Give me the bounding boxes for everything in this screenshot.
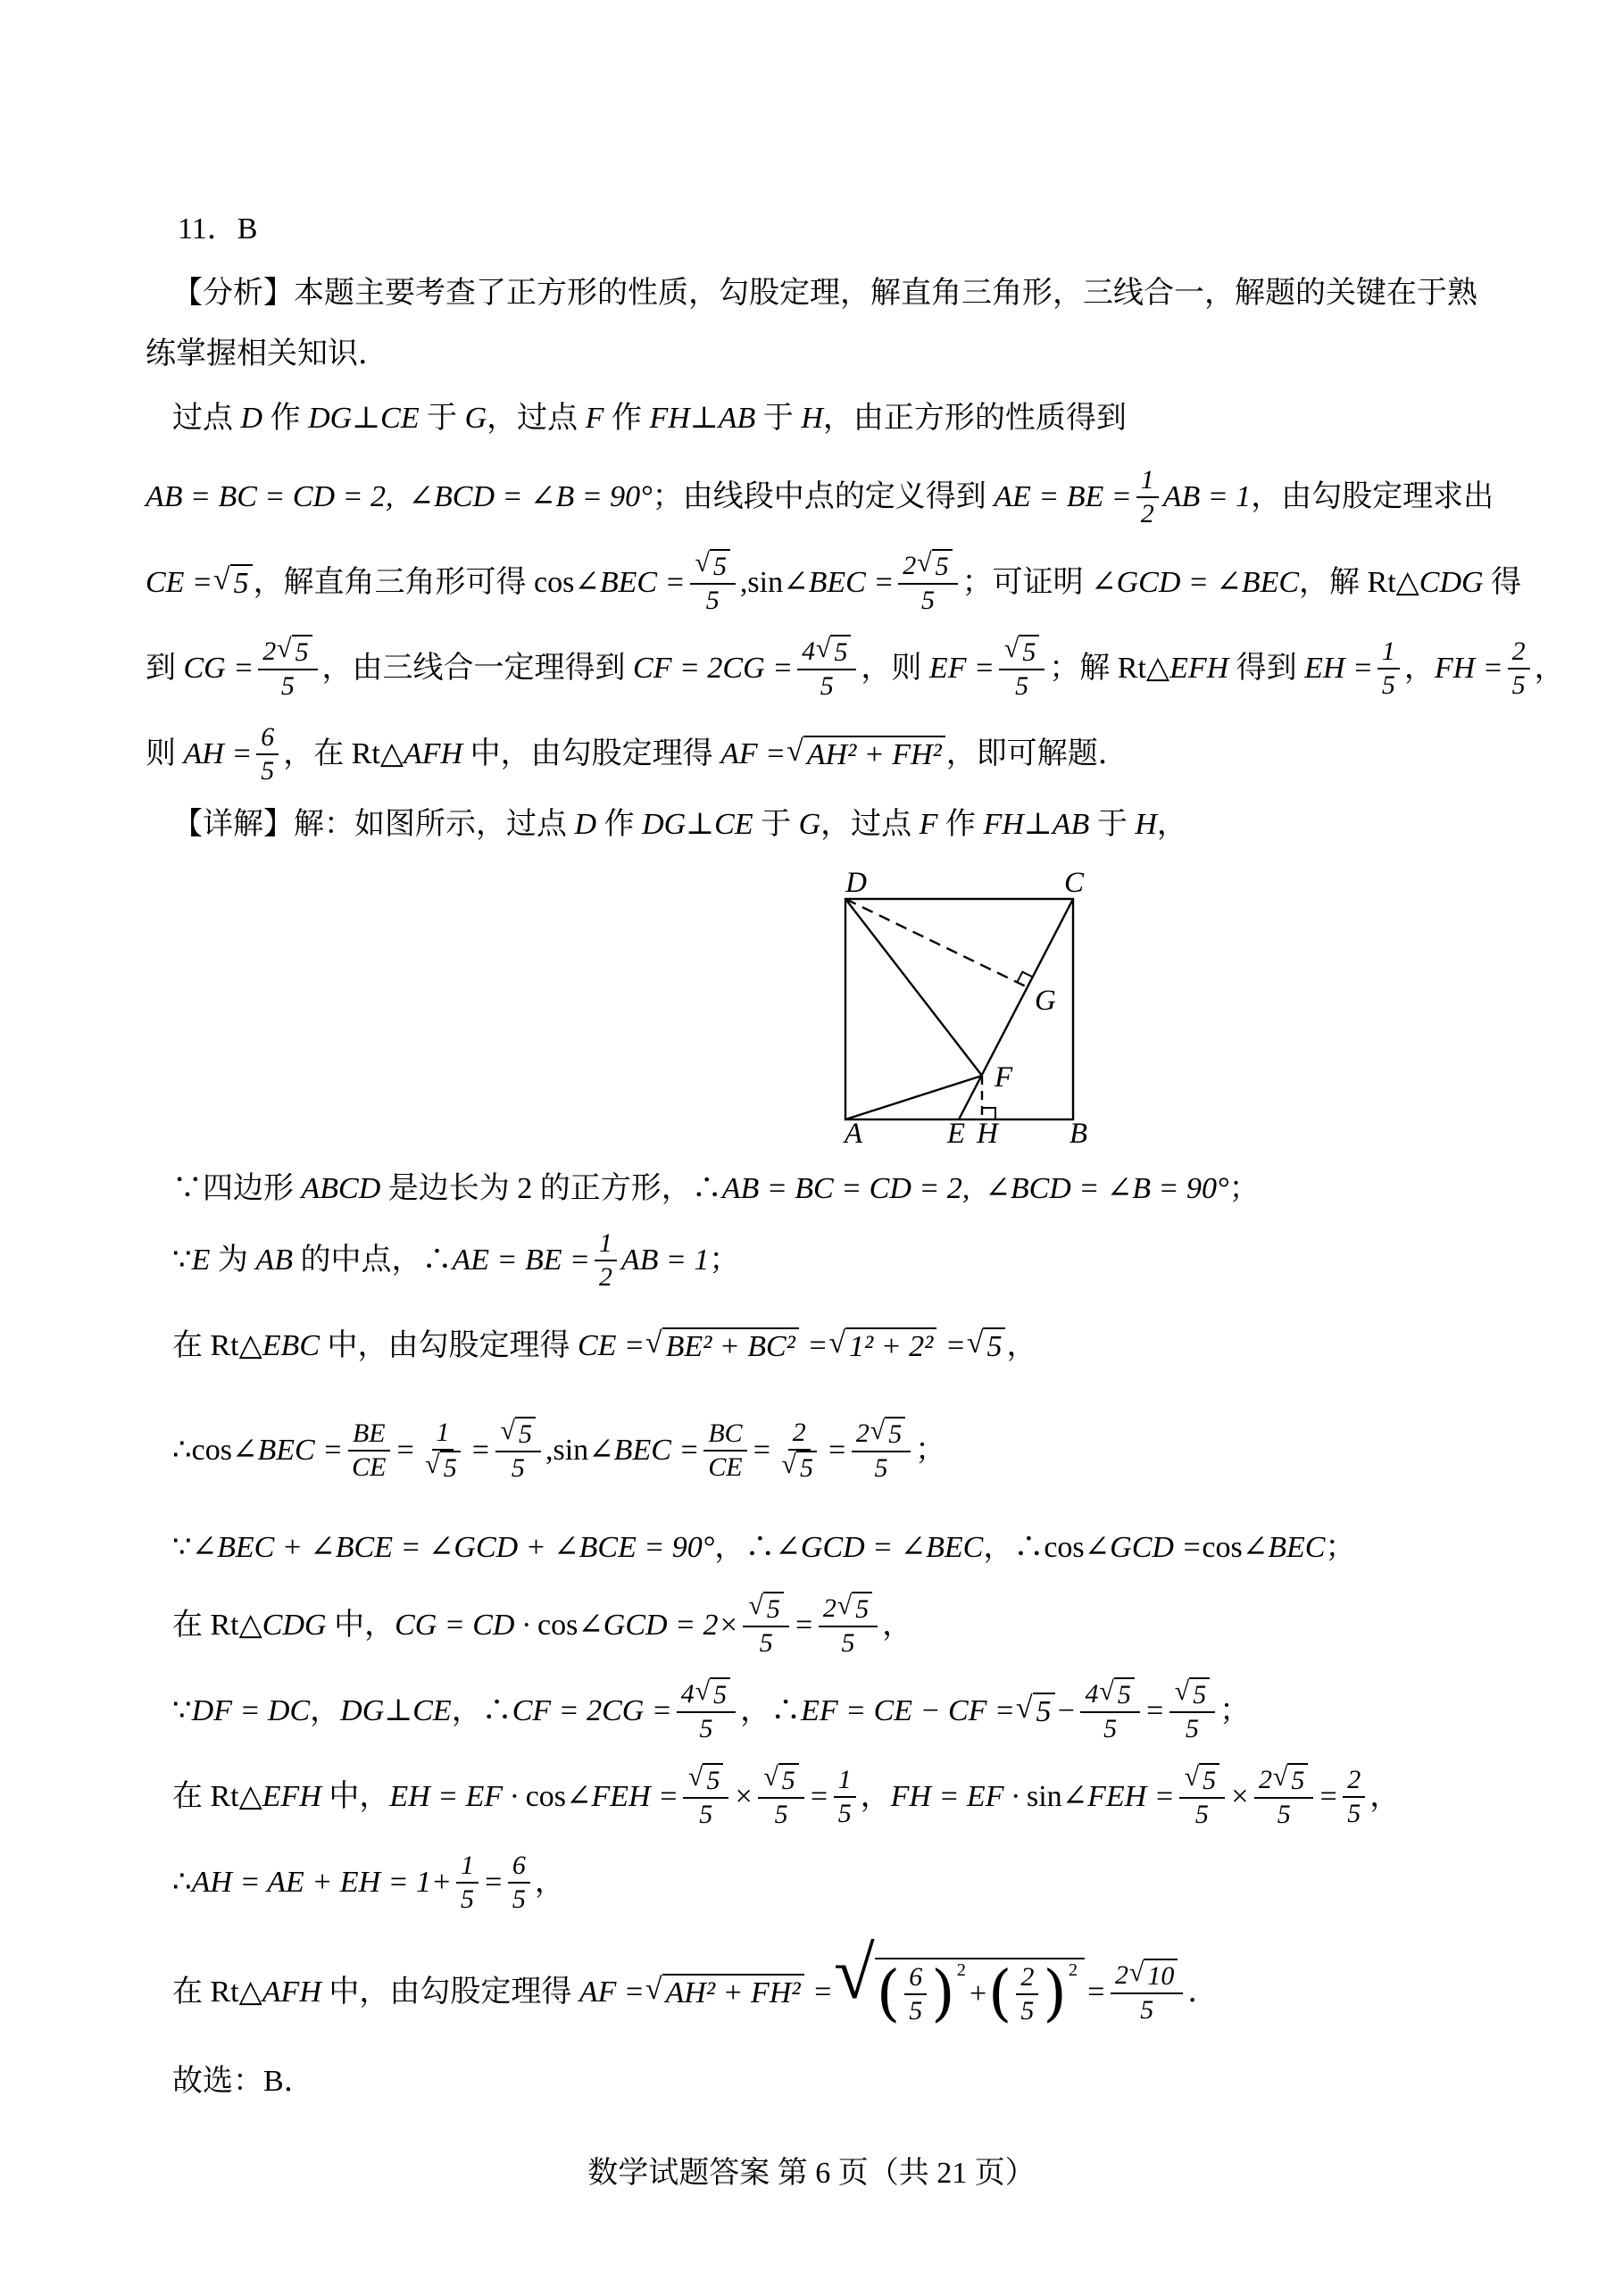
math-text: EH =: [1304, 648, 1373, 689]
numerator: 1: [432, 1417, 454, 1451]
math-text: 5: [1186, 1713, 1199, 1745]
math-text: CF = 2CG =: [633, 648, 793, 689]
sqrt: √5: [917, 549, 952, 583]
math-text: 2: [1141, 498, 1154, 530]
text: ，即可解题．: [946, 734, 1128, 775]
radicand: 5: [763, 1592, 784, 1626]
math-text: 6: [512, 1850, 526, 1882]
radicand: 5: [230, 564, 253, 603]
text: 则: [146, 734, 184, 775]
math-text: CE: [714, 804, 753, 845]
fraction: 2√55: [852, 1417, 911, 1485]
sqrt: √5: [695, 549, 730, 583]
numerator: 4√5: [797, 635, 856, 670]
text: 得到: [1228, 648, 1304, 689]
radicand: 5: [1033, 1693, 1055, 1731]
numerator: √5: [495, 1417, 541, 1452]
text: 作: [262, 398, 308, 439]
math-text: ∠BEC =: [574, 562, 685, 603]
math-text: ×: [733, 1776, 753, 1818]
fraction: √55: [690, 549, 736, 617]
math-text: ABCD: [302, 1169, 381, 1210]
text: 在 Rt△: [172, 1326, 262, 1367]
formula-line: 则 AH =65，在 Rt△AFH 中，由勾股定理得 AF =√AH² + FH…: [146, 711, 1578, 797]
numerator: 1: [1136, 464, 1159, 498]
math-text: 5: [512, 1452, 525, 1485]
math-text: BE² + BC²: [666, 1329, 795, 1366]
big-paren: ): [931, 1968, 955, 2020]
math-text: FH: [649, 398, 689, 439]
math-text: G: [465, 398, 487, 439]
text: 于: [1089, 804, 1135, 845]
math-text: =: [805, 1972, 833, 2013]
text: cos: [526, 1776, 566, 1818]
math-text: 5: [1036, 1694, 1052, 1731]
math-text: 5: [519, 1418, 532, 1451]
text: 到: [146, 648, 184, 689]
math-text: BE: [353, 1418, 386, 1450]
text: 得: [1484, 562, 1522, 603]
text: 中，: [321, 1776, 390, 1818]
formula-line: 在 Rt△EFH 中，EH = EF · cos∠FEH =√55×√55=15…: [146, 1754, 1578, 1840]
numerator: 4√5: [677, 1677, 736, 1713]
math-text: 5: [1140, 1994, 1153, 2026]
math-text: ×: [1229, 1776, 1250, 1818]
text: ∵: [172, 1240, 192, 1281]
answer-line: 11．B: [146, 209, 1578, 250]
vertex-label-B: B: [1070, 1118, 1087, 1150]
math-text: 5: [1103, 1713, 1117, 1745]
denominator: 5: [1099, 1713, 1121, 1745]
text: 【分析】本题主要考查了正方形的性质，勾股定理，解直角三角形，三线合一，解题的关键…: [172, 273, 1477, 314]
text: 中，: [327, 1605, 395, 1646]
math-text: DG: [642, 804, 686, 845]
point-label-G: G: [1035, 985, 1056, 1017]
fraction: 15: [456, 1850, 479, 1916]
math-text: 5: [234, 566, 249, 603]
math-text: 2: [1115, 1959, 1128, 1992]
radicand: 5: [778, 1763, 799, 1797]
math-text: 1: [1141, 464, 1154, 496]
radicand: 5: [830, 635, 851, 669]
math-text: 5: [909, 1995, 922, 2027]
math-text: =: [1086, 1972, 1106, 2013]
radicand: 5: [1199, 1763, 1219, 1797]
numerator: 1: [1377, 636, 1400, 670]
text: 为: [210, 1240, 255, 1281]
denominator: 2: [595, 1261, 617, 1294]
radical-sign: √: [782, 1451, 796, 1478]
math-text: 4: [1085, 1678, 1098, 1710]
math-text: CF = 2CG =: [512, 1691, 672, 1732]
fraction: 4√55: [797, 635, 856, 703]
text: ，: [1369, 1776, 1400, 1818]
text: ；: [1229, 1169, 1260, 1210]
math-text: AB = BC = CD = 2,: [146, 477, 394, 518]
math-text: ∠GCD =: [1085, 1527, 1203, 1568]
sqrt: √5: [816, 635, 851, 669]
math-text: 10: [1147, 1960, 1174, 1992]
radical-sign: √: [645, 1974, 662, 2006]
superscript: 2: [1069, 1961, 1078, 1979]
numerator: √5: [758, 1763, 803, 1799]
numerator: 2: [1508, 636, 1530, 670]
math-text: 2: [793, 1417, 806, 1449]
radical-sign: √: [787, 736, 803, 768]
math-text: FH: [983, 804, 1023, 845]
solution-content: 11．B 【分析】本题主要考查了正方形的性质，勾股定理，解直角三角形，三线合一，…: [0, 0, 1623, 2102]
radicand: 5: [852, 1592, 872, 1626]
math-text: 2: [856, 1418, 870, 1450]
page-footer: 数学试题答案 第 6 页（共 21 页）: [0, 2148, 1623, 2192]
fraction: 2√105: [1111, 1959, 1183, 2026]
math-text: CG =: [184, 648, 254, 689]
math-text: ∠GCD = ∠BEC: [775, 1527, 983, 1568]
math-text: EBC: [262, 1326, 320, 1367]
sqrt: √AH² + FH²: [645, 1974, 804, 2012]
text: ，由勾股定理求出: [1251, 477, 1494, 518]
math-text: 5: [512, 1884, 526, 1916]
denominator: 5: [1377, 670, 1400, 702]
text: ⊥: [1024, 804, 1053, 845]
math-text: AB: [719, 398, 756, 439]
denominator: 5: [1016, 1995, 1038, 2027]
detail-line: ∵四边形 ABCD 是边长为 2 的正方形，∴AB = BC = CD = 2,…: [146, 1169, 1578, 1210]
math-text: =: [1318, 1776, 1338, 1818]
denominator: 5: [695, 1713, 717, 1745]
radical-sign: √: [277, 635, 291, 662]
radicand: 1² + 2²: [845, 1327, 936, 1366]
math-text: AFH: [262, 1972, 321, 2013]
fraction: √55: [743, 1592, 788, 1660]
numerator: √5: [1179, 1763, 1225, 1799]
denominator: 5: [1343, 1798, 1365, 1830]
radical-sign: √: [1004, 635, 1019, 662]
analysis-line: 过点 D 作 DG⊥CE 于 G，过点 F 作 FH⊥AB 于 H，由正方形的性…: [146, 398, 1578, 439]
math-text: 5: [295, 636, 309, 669]
math-text: =: [800, 1326, 828, 1367]
math-text: 5: [1022, 636, 1036, 669]
math-text: AH =: [184, 734, 253, 775]
radical-sign: √: [763, 1763, 778, 1791]
sqrt: √5: [1016, 1693, 1055, 1731]
math-text: AB = BC = CD = 2,: [722, 1169, 970, 1210]
numerator: BE: [348, 1418, 390, 1452]
math-text: CE =: [578, 1326, 645, 1367]
radicand: 5: [932, 549, 953, 583]
sqrt: √5: [501, 1417, 536, 1451]
numerator: 2√5: [258, 635, 317, 670]
text: 中，由勾股定理得: [320, 1326, 578, 1367]
math-text: 5: [1278, 1799, 1291, 1831]
math-text: =: [827, 1430, 847, 1471]
point-label-F: F: [994, 1061, 1013, 1094]
text: ，由三线合一定理得到: [322, 648, 634, 689]
radical-sign: √: [1185, 1763, 1199, 1791]
denominator: CE: [347, 1452, 390, 1484]
math-text: 6: [909, 1961, 922, 1993]
math-text: 2: [1347, 1764, 1361, 1796]
math-text: 5: [1193, 1679, 1206, 1711]
denominator: 5: [870, 1452, 893, 1485]
math-text: DG: [308, 398, 352, 439]
math-text: AB = 1: [621, 1240, 709, 1281]
radicand: 5: [292, 635, 312, 669]
numerator: √5: [743, 1592, 788, 1627]
math-text: ∠BEC =: [783, 562, 894, 603]
denominator: 5: [508, 1884, 530, 1916]
formula-line: CE =√5，解直角三角形可得 cos∠BEC =√55,sin∠BEC =2√…: [146, 540, 1578, 626]
denominator: 5: [770, 1799, 793, 1831]
sqrt: √AH² + FH²: [787, 736, 945, 774]
denominator: 5: [456, 1884, 479, 1916]
math-text: AB = 1: [1163, 477, 1251, 518]
text: ，∴: [714, 1527, 775, 1568]
math-text: FH =: [1435, 648, 1503, 689]
radicand: BE² + BC²: [662, 1327, 799, 1366]
math-text: =: [1144, 1691, 1165, 1732]
fraction: 65: [256, 721, 279, 787]
text: ⊥: [384, 1691, 412, 1732]
sqrt: √BE² + BC²: [645, 1327, 799, 1366]
math-text: 5: [706, 1765, 720, 1797]
math-text: 1² + 2²: [849, 1329, 933, 1366]
math-text: 5: [713, 1679, 727, 1711]
sqrt: √(65)2+(25)2: [834, 1958, 1085, 2027]
math-text: 6: [261, 721, 274, 753]
sqrt: √5: [1099, 1677, 1134, 1711]
fraction: 2√55: [898, 549, 957, 617]
radical-sign: √: [501, 1417, 515, 1444]
radicand: AH² + FH²: [662, 1974, 804, 2012]
math-text: 1: [437, 1417, 450, 1449]
text: ∵: [172, 1691, 192, 1732]
radical-sign: √: [1099, 1677, 1113, 1705]
math-text: 5: [855, 1593, 869, 1626]
text: ⊥: [690, 398, 719, 439]
sqrt: √1² + 2²: [828, 1327, 936, 1366]
math-text: 5: [800, 1452, 813, 1485]
fraction: 1√5: [420, 1417, 465, 1485]
radicand: 5: [710, 549, 730, 583]
math-text: BC: [708, 1418, 742, 1450]
text: cos: [1202, 1527, 1242, 1568]
math-text: ∠FEH =: [1062, 1776, 1175, 1818]
numerator: 2√10: [1111, 1959, 1183, 1994]
denominator: 5: [1508, 670, 1530, 702]
text: 作: [596, 804, 642, 845]
radical-sign: √: [917, 549, 931, 577]
fraction: 4√55: [1080, 1677, 1139, 1745]
sqrt: √5: [688, 1763, 723, 1797]
math-text: CDG: [262, 1605, 327, 1646]
math-text: 5: [1015, 670, 1028, 703]
formula-line: ∵∠BEC + ∠BCE = ∠GCD + ∠BCE = 90°，∴∠GCD =…: [146, 1527, 1578, 1568]
math-text: F: [920, 804, 938, 845]
radical-sign: √: [870, 1417, 885, 1444]
numerator: √5: [690, 549, 736, 585]
formula-line: ∴cos∠BEC =BECE=1√5=√55,sin∠BEC =BCCE=2√5…: [146, 1408, 1578, 1493]
sqrt: √5: [967, 1327, 1006, 1366]
text: ⊥: [686, 804, 714, 845]
denominator: 5: [755, 1627, 778, 1660]
math-text: 2: [1020, 1961, 1034, 1993]
square-diagram: D C A B E H F G: [810, 865, 1131, 1160]
text: [970, 1169, 985, 1210]
text: ，: [535, 1862, 565, 1903]
text: ，在 Rt△: [283, 734, 404, 775]
text: ；: [915, 1430, 945, 1471]
math-text: 4: [802, 636, 815, 668]
math-text: H: [1135, 804, 1157, 845]
text: 于: [753, 804, 799, 845]
fraction: √55: [758, 1763, 803, 1831]
math-text: FH = EF ·: [891, 1776, 1027, 1818]
sqrt: √5: [1273, 1763, 1308, 1797]
math-text: 5: [767, 1593, 780, 1626]
denominator: 5: [1181, 1713, 1203, 1745]
math-text: 5: [281, 670, 295, 703]
math-text: +: [968, 1976, 988, 2013]
sqrt: √5: [763, 1763, 798, 1797]
radical-sign: √: [645, 1327, 662, 1360]
math-text: 5: [842, 1627, 855, 1660]
fraction: 25: [1508, 636, 1530, 702]
text: ；: [1325, 1527, 1355, 1568]
sqrt: √5: [277, 635, 312, 669]
point-label-H: H: [976, 1118, 1000, 1150]
formula-line: 在 Rt△CDG 中，CG = CD · cos∠GCD = 2×√55=2√5…: [146, 1583, 1578, 1668]
fraction: √55: [1169, 1677, 1215, 1745]
denominator: √5: [777, 1451, 822, 1485]
math-text: AF =: [720, 734, 786, 775]
text: cos: [537, 1605, 578, 1646]
radical-sign: √: [828, 1327, 845, 1360]
fraction: 15: [1377, 636, 1400, 702]
math-text: =: [794, 1605, 814, 1646]
math-text: CG = CD ·: [395, 1605, 537, 1646]
math-text: AE = BE =: [994, 477, 1131, 518]
math-text: 5: [775, 1799, 788, 1831]
math-text: 2: [262, 636, 276, 668]
fraction: √55: [683, 1763, 728, 1831]
text: ，: [882, 1605, 912, 1646]
fraction: BECE: [347, 1418, 390, 1484]
denominator: 5: [1136, 1994, 1158, 2026]
math-text: =: [483, 1862, 504, 1903]
math-text: =: [809, 1776, 829, 1818]
math-text: 5: [1118, 1679, 1131, 1711]
denominator: √5: [420, 1451, 465, 1485]
math-text: ∠BCD = ∠B = 90°: [409, 477, 653, 518]
math-text: 5: [834, 636, 847, 669]
fraction: 2√55: [819, 1592, 878, 1660]
numerator: √5: [999, 635, 1045, 670]
radicand: AH² + FH²: [803, 736, 945, 774]
text: 中，由勾股定理得: [462, 734, 720, 775]
text: ；解 Rt△: [1049, 648, 1169, 689]
vertex-label-D: D: [845, 867, 867, 899]
math-text: 5: [782, 1765, 795, 1797]
denominator: 5: [256, 755, 279, 787]
fraction: √55: [999, 635, 1045, 703]
text: ∵: [172, 1527, 192, 1568]
numerator: 2√5: [1254, 1763, 1313, 1799]
math-text: EFH: [262, 1776, 321, 1818]
denominator: 5: [917, 585, 939, 617]
math-text: CE: [412, 1691, 451, 1732]
text: ，: [1404, 648, 1435, 689]
radical-sign: √: [967, 1327, 984, 1360]
text: ，∴: [452, 1691, 512, 1732]
denominator: 5: [507, 1452, 529, 1485]
radicand: 5: [1287, 1763, 1308, 1797]
math-text: 5: [760, 1627, 773, 1660]
numerator: √5: [1169, 1677, 1215, 1713]
math-text: ∠GCD = 2×: [578, 1605, 738, 1646]
math-text: AFH: [404, 734, 462, 775]
text: ；由线段中点的定义得到: [653, 477, 995, 518]
radicand: 5: [703, 1763, 723, 1797]
math-text: ∠BEC =: [588, 1430, 699, 1471]
math-text: ∠FEH =: [566, 1776, 678, 1818]
vertex-label-A: A: [843, 1118, 863, 1150]
big-paren: (: [877, 1968, 901, 2020]
math-text: 5: [1203, 1765, 1216, 1797]
text: 于: [420, 398, 465, 439]
math-text: AH = AE + EH = 1+: [192, 1862, 452, 1903]
segment-DF: [845, 899, 982, 1076]
text: ∴cos: [172, 1430, 232, 1471]
radical-sign: √: [688, 1763, 703, 1791]
sqrt: √5: [1004, 635, 1039, 669]
radicand: 5: [1114, 1677, 1135, 1711]
text: ，由正方形的性质得到: [823, 398, 1127, 439]
math-text: −: [1056, 1691, 1077, 1732]
math-text: 2: [1512, 636, 1526, 668]
math-text: 1: [461, 1850, 474, 1882]
radical-sign: √: [837, 1592, 852, 1619]
radicand: 5: [885, 1417, 905, 1451]
numerator: 4√5: [1080, 1677, 1139, 1713]
fraction: 65: [508, 1850, 530, 1916]
numerator: 2: [1016, 1961, 1038, 1995]
math-text: ∠BEC =: [232, 1430, 343, 1471]
math-text: 5: [1291, 1765, 1304, 1797]
math-text: 5: [888, 1418, 902, 1451]
denominator: 2: [1136, 498, 1159, 530]
radical-sign: √: [695, 1677, 710, 1705]
math-text: CDG: [1419, 562, 1484, 603]
formula-line: ∵E 为 AB 的中点，∴AE = BE =12AB = 1；: [146, 1218, 1578, 1303]
text: ，∴cos: [983, 1527, 1084, 1568]
math-text: 5: [1347, 1798, 1361, 1830]
text: 过点: [172, 398, 241, 439]
fraction: 2√5: [777, 1417, 822, 1485]
radical-sign: √: [1175, 1677, 1189, 1705]
radical-sign: √: [834, 1958, 875, 1991]
fraction: 15: [834, 1764, 856, 1830]
math-text: =: [470, 1430, 491, 1471]
numerator: 6: [508, 1850, 530, 1884]
math-text: ∠BEC + ∠BCE = ∠GCD + ∠BCE = 90°: [192, 1527, 715, 1568]
math-text: 5: [921, 585, 935, 617]
fraction: √55: [495, 1417, 541, 1485]
denominator: 5: [904, 1995, 927, 2027]
math-text: 5: [1382, 670, 1395, 702]
radicand: 5: [1189, 1677, 1210, 1711]
text: ，∴: [740, 1691, 801, 1732]
